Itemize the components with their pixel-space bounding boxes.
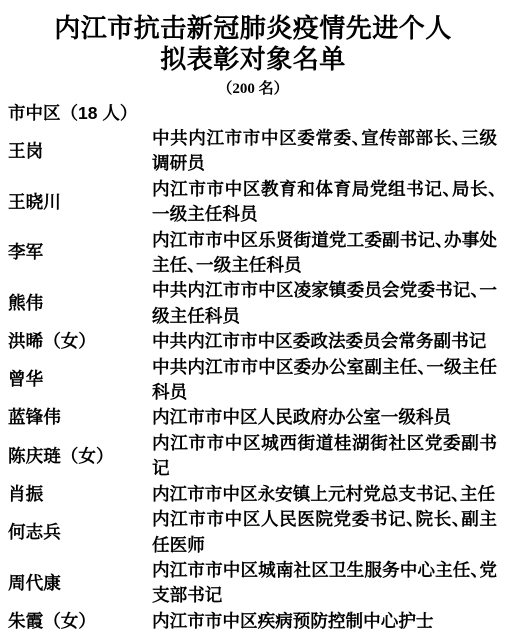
list-item: 何志兵 内江市市中区人民医院党委书记、院长、副主任医师 <box>8 507 498 558</box>
person-title: 内江市市中区乐贤街道党工委副书记、办事处主任、一级主任科员 <box>152 228 497 279</box>
list-item: 李军 内江市市中区乐贤街道党工委副书记、办事处主任、一级主任科员 <box>8 228 498 279</box>
person-name: 曾华 <box>8 367 152 392</box>
list-item: 王晓川 内江市市中区教育和体育局党组书记、局长、一级主任科员 <box>8 177 498 228</box>
award-list: 王岗 中共内江市市中区委常委、宣传部部长、三级调研员 王晓川 内江市市中区教育和… <box>8 126 498 634</box>
person-title: 内江市市中区永安镇上元村党总支书记、主任 <box>152 482 497 507</box>
list-item: 王岗 中共内江市市中区委常委、宣传部部长、三级调研员 <box>8 126 498 177</box>
person-name: 熊伟 <box>8 291 152 316</box>
document-subtitle: （200 名） <box>8 79 498 99</box>
list-item: 洪晞（女） 中共内江市市中区委政法委员会常务副书记 <box>8 329 498 354</box>
person-title: 内江市市中区人民政府办公室一级科员 <box>152 405 497 430</box>
person-name: 王晓川 <box>8 190 152 215</box>
person-name: 洪晞（女） <box>8 329 152 354</box>
person-name: 陈庆琏（女） <box>8 444 152 469</box>
person-name: 蓝锋伟 <box>8 405 152 430</box>
list-item: 曾华 中共内江市市中区委办公室副主任、一级主任科员 <box>8 355 498 406</box>
person-title: 内江市市中区疾病预防控制中心护士 <box>152 609 497 634</box>
person-name: 王岗 <box>8 139 152 164</box>
list-item: 朱霞（女） 内江市市中区疾病预防控制中心护士 <box>8 609 498 634</box>
document-page: 内江市抗击新冠肺炎疫情先进个人 拟表彰对象名单 （200 名） 市中区（18 人… <box>0 0 506 640</box>
list-item: 周代康 内江市市中区城南社区卫生服务中心主任、党支部书记 <box>8 558 498 609</box>
list-item: 熊伟 中共内江市市中区凌家镇委员会党委书记、一级主任科员 <box>8 278 498 329</box>
document-title: 内江市抗击新冠肺炎疫情先进个人 拟表彰对象名单 <box>8 13 498 75</box>
person-title: 内江市市中区人民医院党委书记、院长、副主任医师 <box>152 507 497 558</box>
person-name: 朱霞（女） <box>8 609 152 634</box>
person-title: 中共内江市市中区委政法委员会常务副书记 <box>152 329 497 354</box>
list-item: 陈庆琏（女） 内江市市中区城西街道桂湖街社区党委副书记 <box>8 431 498 482</box>
person-title: 中共内江市市中区委办公室副主任、一级主任科员 <box>152 355 497 406</box>
person-title: 中共内江市市中区凌家镇委员会党委书记、一级主任科员 <box>152 278 497 329</box>
person-name: 何志兵 <box>8 520 152 545</box>
document-title-line1: 内江市抗击新冠肺炎疫情先进个人 <box>54 14 452 43</box>
document-title-line2: 拟表彰对象名单 <box>160 45 346 74</box>
person-title: 中共内江市市中区委常委、宣传部部长、三级调研员 <box>152 126 497 177</box>
list-item: 蓝锋伟 内江市市中区人民政府办公室一级科员 <box>8 405 498 430</box>
person-name: 周代康 <box>8 571 152 596</box>
list-item: 肖振 内江市市中区永安镇上元村党总支书记、主任 <box>8 482 498 507</box>
person-title: 内江市市中区城南社区卫生服务中心主任、党支部书记 <box>152 558 497 609</box>
person-title: 内江市市中区教育和体育局党组书记、局长、一级主任科员 <box>152 177 497 228</box>
person-name: 李军 <box>8 240 152 265</box>
section-heading: 市中区（18 人） <box>8 101 498 126</box>
person-title: 内江市市中区城西街道桂湖街社区党委副书记 <box>152 431 497 482</box>
person-name: 肖振 <box>8 482 152 507</box>
